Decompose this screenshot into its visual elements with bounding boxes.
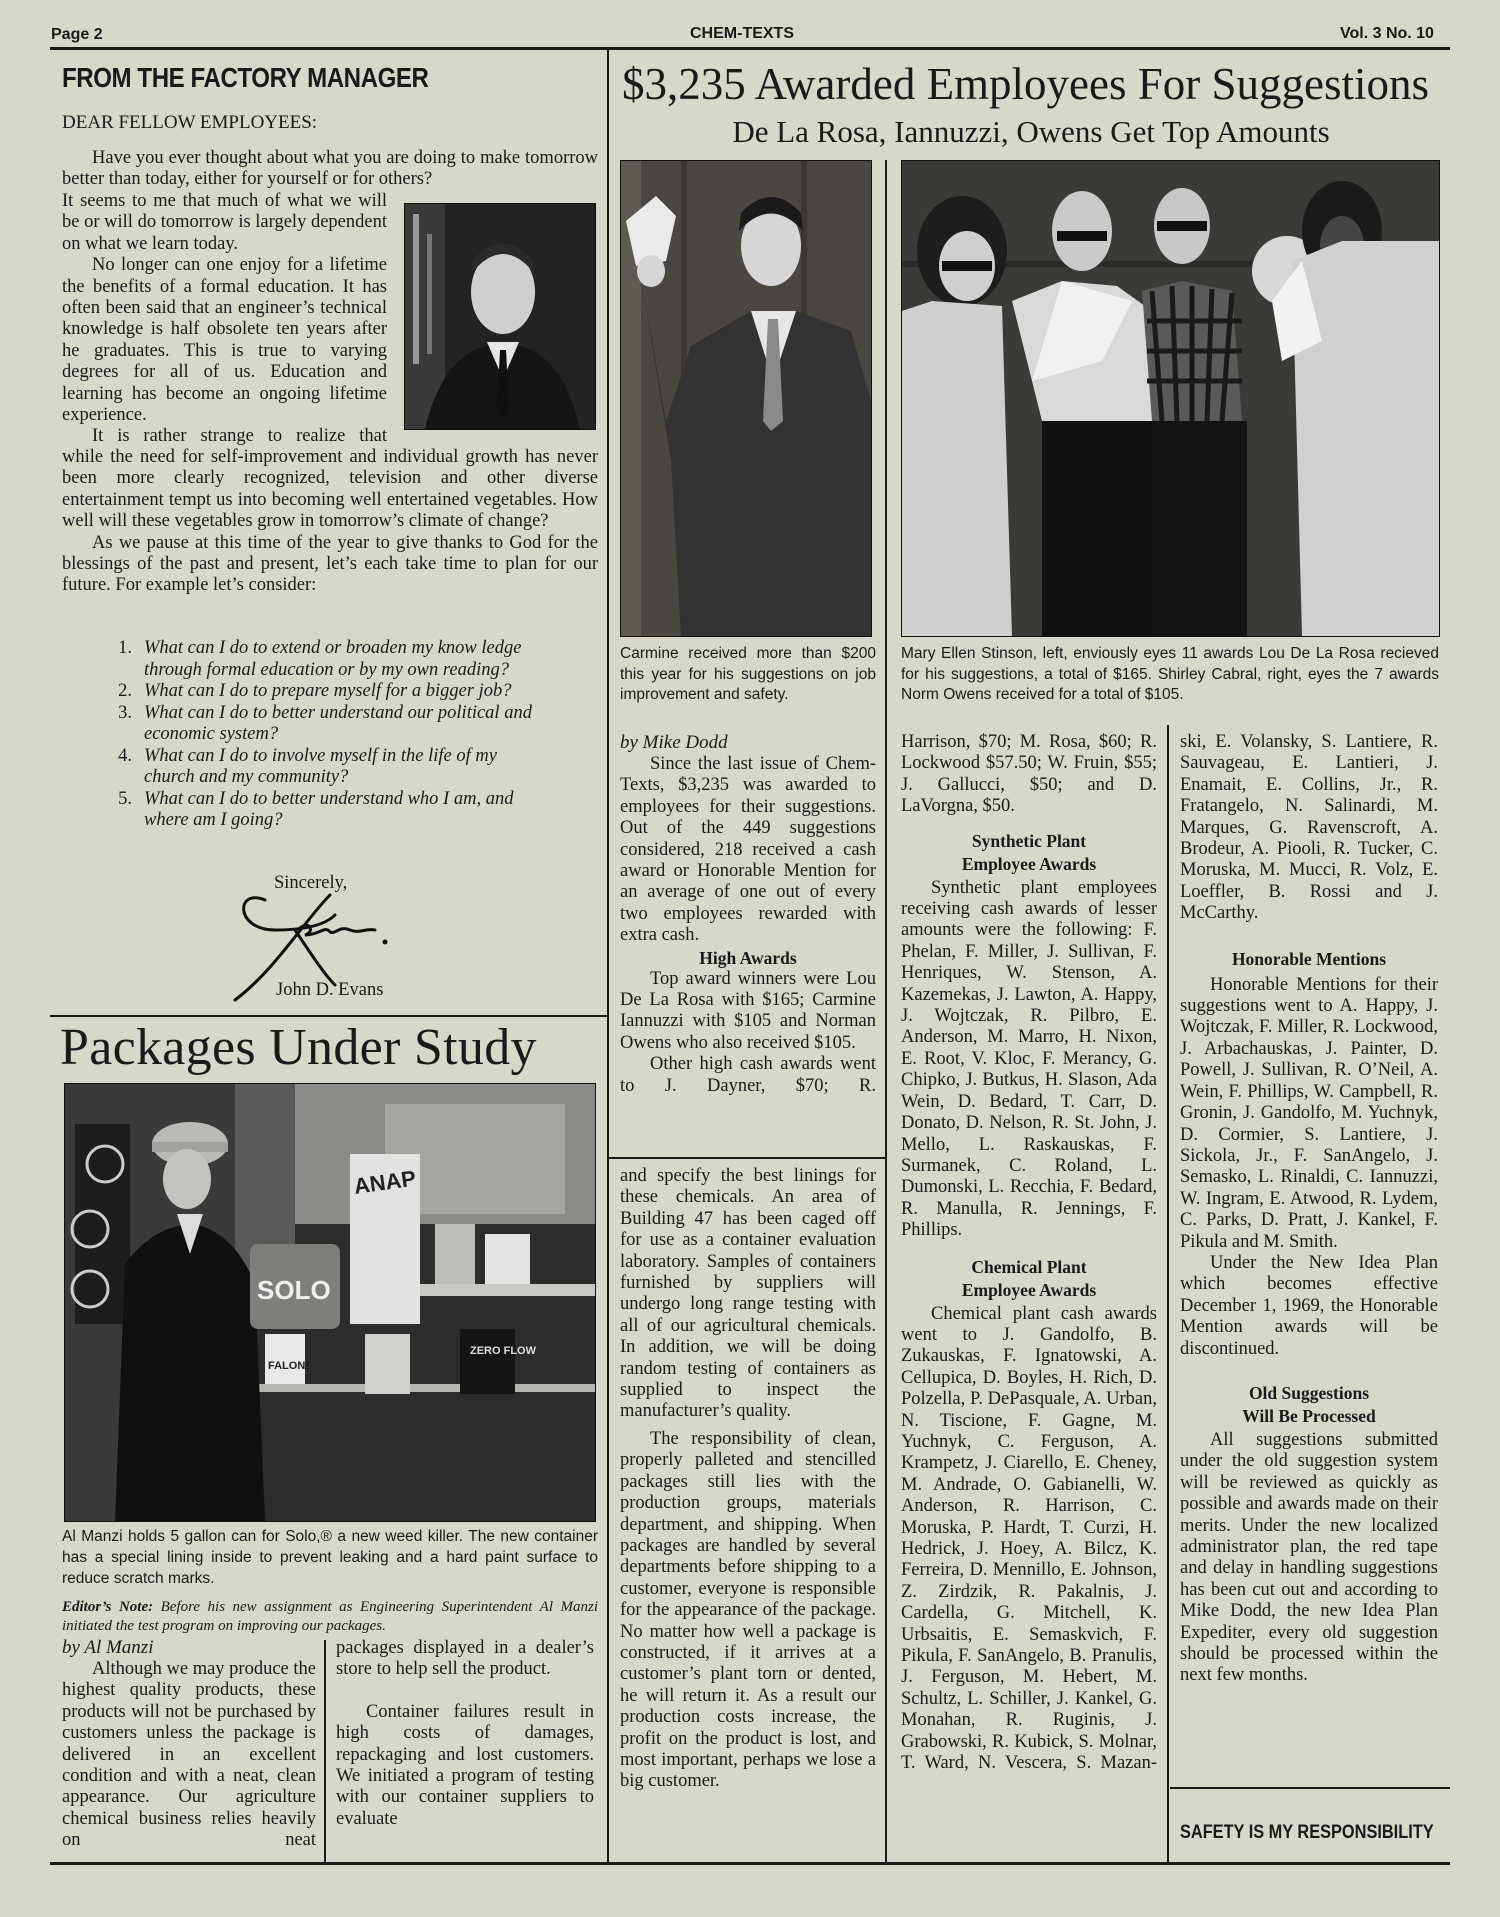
awards-subheadline: De La Rosa, Iannuzzi, Owens Get Top Amou… bbox=[622, 112, 1440, 152]
question-list: 1.What can I do to extend or broaden my … bbox=[104, 638, 552, 832]
packages-photo: ANAP ZERO FLOW FALONE SOLO bbox=[64, 1083, 596, 1522]
awards-column-a: Since the last issue of Chem-Texts, $3,2… bbox=[620, 754, 876, 1097]
salutation: DEAR FELLOW EMPLOYEES: bbox=[62, 112, 317, 134]
photo-image-icon bbox=[621, 161, 871, 636]
signer-name: John D. Evans bbox=[276, 980, 383, 1001]
column-rule-b bbox=[1167, 725, 1169, 1862]
question-item: 3.What can I do to better understand our… bbox=[104, 703, 552, 746]
editors-note: Editor’s Note: Before his new assignment… bbox=[62, 1598, 598, 1636]
publication-name: CHEM-TEXTS bbox=[690, 25, 794, 43]
safety-slogan: SAFETY IS MY RESPONSIBILITY bbox=[1180, 1822, 1434, 1844]
awards-intro: Since the last issue of Chem-Texts, $3,2… bbox=[620, 754, 876, 947]
question-item: 1.What can I do to extend or broaden my … bbox=[104, 638, 552, 681]
new-idea-plan-note: Under the New Idea Plan which becomes ef… bbox=[1180, 1253, 1438, 1360]
packages-photo-caption: Al Manzi holds 5 gallon can for Solo,® a… bbox=[62, 1526, 598, 1589]
slogan-rule bbox=[1170, 1787, 1450, 1789]
letter-paragraph: No longer can one enjoy for a lifetime t… bbox=[62, 255, 387, 426]
volume-number: Vol. 3 No. 10 bbox=[1340, 25, 1434, 43]
packages-column-2: packages displayed in a dealer’s store t… bbox=[336, 1638, 594, 1830]
packages-column-1: Although we may produce the highest qual… bbox=[62, 1659, 316, 1852]
packages-column-3: and specify the best linings for these c… bbox=[620, 1166, 876, 1793]
letter-paragraph: Have you ever thought about what you are… bbox=[62, 148, 598, 191]
carmine-photo-caption: Carmine received more than $200 this yea… bbox=[620, 644, 876, 706]
awards-column-b: Harrison, $70; M. Rosa, $60; R. Lockwood… bbox=[901, 732, 1157, 1774]
manager-letter-title: FROM THE FACTORY MANAGER bbox=[62, 62, 428, 94]
synthetic-awards-list: Synthetic plant employees receiving cash… bbox=[901, 878, 1157, 1242]
old-suggestions-heading: Old Suggestions Will Be Processed bbox=[1180, 1382, 1438, 1428]
letter-wrap-text: It seems to me that much of what we will… bbox=[62, 191, 387, 448]
packages-column-rule bbox=[324, 1640, 326, 1864]
group-photo bbox=[901, 160, 1440, 637]
synthetic-awards-heading: Synthetic Plant Employee Awards bbox=[901, 830, 1157, 876]
column-a-divider bbox=[607, 1157, 885, 1159]
awards-headline: $3,235 Awarded Employees For Suggestions bbox=[622, 55, 1440, 113]
group-photo-caption: Mary Ellen Stinson, left, enviously eyes… bbox=[901, 644, 1439, 706]
letter-paragraph: while the need for self-improvement and … bbox=[62, 447, 598, 533]
chemical-awards-heading: Chemical Plant Employee Awards bbox=[901, 1256, 1157, 1302]
editors-note-label: Editor’s Note: bbox=[62, 1599, 153, 1615]
svg-text:ZERO FLOW: ZERO FLOW bbox=[470, 1345, 537, 1357]
column-rule-main bbox=[607, 50, 609, 1862]
svg-text:FALONE: FALONE bbox=[268, 1360, 313, 1372]
honorable-mentions-heading: Honorable Mentions bbox=[1180, 947, 1438, 971]
question-item: 4.What can I do to involve myself in the… bbox=[104, 746, 552, 789]
manager-portrait-photo bbox=[404, 203, 596, 430]
letter-paragraph: It is rather strange to realize that bbox=[62, 426, 387, 447]
carmine-photo bbox=[620, 160, 872, 637]
photo-image-icon: ANAP ZERO FLOW FALONE SOLO bbox=[65, 1084, 595, 1521]
awards-column-c: ski, E. Volansky, S. Lantiere, R. Sauvag… bbox=[1180, 732, 1438, 1687]
letter-paragraph: It seems to me that much of what we will… bbox=[62, 191, 387, 255]
column-rule-a bbox=[885, 160, 887, 1862]
question-item: 2.What can I do to prepare myself for a … bbox=[104, 681, 552, 703]
page-number: Page 2 bbox=[51, 26, 103, 44]
letter-intro: Have you ever thought about what you are… bbox=[62, 148, 598, 191]
masthead-rule bbox=[50, 47, 1450, 50]
honorable-mentions-list: Honorable Mentions for their suggestions… bbox=[1180, 975, 1438, 1253]
awards-byline: by Mike Dodd bbox=[620, 732, 728, 754]
letter-paragraph: As we pause at this time of the year to … bbox=[62, 533, 598, 597]
portrait-image-icon bbox=[405, 204, 595, 429]
question-item: 5.What can I do to better understand who… bbox=[104, 789, 552, 832]
high-awards-heading: High Awards bbox=[620, 947, 876, 969]
photo-image-icon bbox=[902, 161, 1439, 636]
svg-text:SOLO: SOLO bbox=[257, 1275, 331, 1305]
chemical-awards-list: Chemical plant cash awards went to J. Ga… bbox=[901, 1304, 1157, 1775]
old-suggestions-text: All suggestions submitted under the old … bbox=[1180, 1430, 1438, 1687]
letter-continuation: while the need for self-improvement and … bbox=[62, 447, 598, 597]
bottom-rule bbox=[50, 1862, 1450, 1865]
packages-byline: by Al Manzi bbox=[62, 1637, 153, 1659]
packages-headline: Packages Under Study bbox=[60, 1016, 537, 1080]
